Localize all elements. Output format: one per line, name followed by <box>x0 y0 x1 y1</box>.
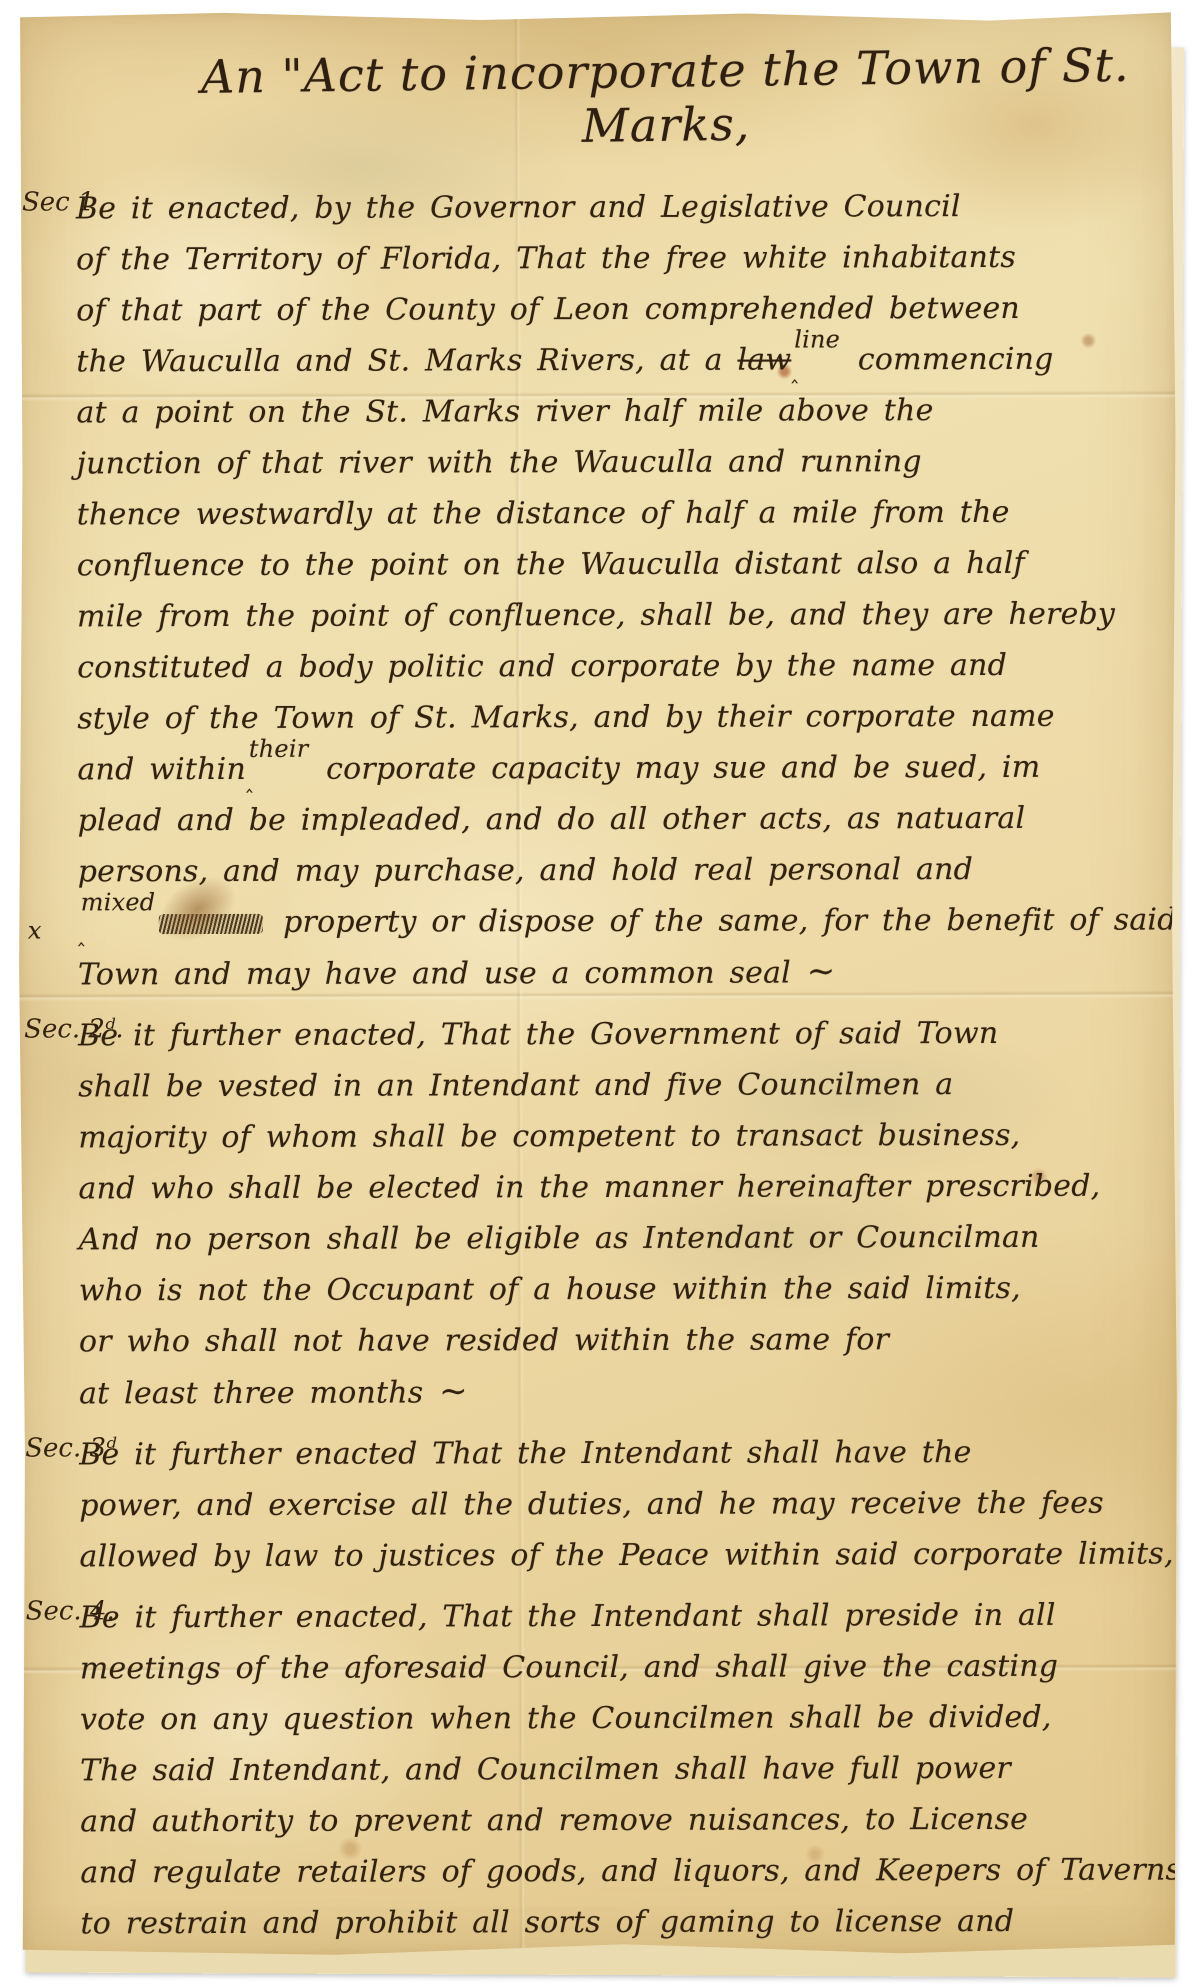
line-text: vote on any question when the Councilmen… <box>80 1700 1052 1738</box>
line-text: The said Intendant, and Councilmen shall… <box>80 1751 1011 1788</box>
line-text: commencing <box>843 342 1054 378</box>
manuscript-line: xmixed‸ property or dispose of the same,… <box>78 895 1150 949</box>
line-text: power, and exercise all the duties, and … <box>79 1486 1104 1524</box>
line-text: at a point on the St. Marks river half m… <box>76 393 933 430</box>
interlinear-insertion: line‸ <box>791 334 843 385</box>
manuscript-line: and withintheir‸ corporate capacity may … <box>77 742 1149 796</box>
manuscript-page: An "Act to incorporate the Town of St. M… <box>15 8 1180 1959</box>
manuscript-line: majority of whom shall be competent to t… <box>78 1110 1150 1164</box>
document-title: An "Act to incorporate the Town of St. M… <box>165 37 1166 158</box>
manuscript-line: Be it further enacted That the Intendant… <box>79 1427 1151 1481</box>
line-text: style of the Town of St. Marks, and by t… <box>77 699 1054 737</box>
line-text: of the Territory of Florida, That the fr… <box>76 240 1016 277</box>
line-text: constituted a body politic and corporate… <box>77 648 1007 685</box>
manuscript-line: or who shall not have resided within the… <box>79 1314 1151 1368</box>
manuscript-section: Sec 1Be it enacted, by the Governor and … <box>76 181 1150 1001</box>
line-text: thence westwardly at the distance of hal… <box>77 495 1010 532</box>
interlinear-insertion: their‸ <box>246 744 312 795</box>
manuscript-line: style of the Town of St. Marks, and by t… <box>77 691 1149 745</box>
line-text: mile from the point of confluence, shall… <box>77 597 1115 635</box>
manuscript-line: the Wauculla and St. Marks Rivers, at a … <box>76 334 1148 388</box>
struck-out-word: law <box>737 342 791 377</box>
document-scan: An "Act to incorporate the Town of St. M… <box>0 0 1200 1988</box>
manuscript-line: mile from the point of confluence, shall… <box>77 589 1149 643</box>
manuscript-line: thence westwardly at the distance of hal… <box>77 487 1149 541</box>
manuscript-line: Be it further enacted, That the Governme… <box>78 1008 1150 1062</box>
manuscript-line: and regulate retailers of goods, and liq… <box>80 1845 1152 1899</box>
line-text: and regulate retailers of goods, and liq… <box>80 1852 1191 1890</box>
manuscript-line: to restrain and prohibit all sorts of ga… <box>80 1896 1152 1950</box>
manuscript-line: and who shall be elected in the manner h… <box>78 1161 1150 1215</box>
manuscript-line: at a point on the St. Marks river half m… <box>76 385 1148 439</box>
line-text: allowed by law to justices of the Peace … <box>79 1536 1173 1574</box>
line-text: at least three months <box>79 1375 423 1411</box>
manuscript-line: Be it enacted, by the Governor and Legis… <box>76 181 1148 235</box>
manuscript-line: at least three months ~ <box>79 1365 1151 1420</box>
line-text: the Wauculla and St. Marks Rivers, at a <box>76 343 737 380</box>
manuscript-line: shall be vested in an Intendant and five… <box>78 1059 1150 1113</box>
line-text: Town and may have and use a common seal <box>78 955 791 992</box>
line-text: persons, and may purchase, and hold real… <box>78 852 973 889</box>
line-text: or who shall not have resided within the… <box>79 1322 889 1359</box>
manuscript-line: junction of that river with the Wauculla… <box>77 436 1149 490</box>
line-text: who is not the Occupant of a house withi… <box>79 1271 1021 1308</box>
line-text: Be it further enacted, That the Intendan… <box>80 1598 1056 1636</box>
line-text: corporate capacity may sue and be sued, … <box>311 750 1040 787</box>
pen-flourish: ~ <box>423 1371 467 1411</box>
manuscript-line: meetings of the aforesaid Council, and s… <box>80 1641 1152 1695</box>
interlinear-insertion: mixed‸ <box>78 897 159 948</box>
line-text: And no person shall be eligible as Inten… <box>79 1220 1040 1258</box>
manuscript-line: Town and may have and use a common seal … <box>78 946 1150 1001</box>
manuscript-line: vote on any question when the Councilmen… <box>80 1692 1152 1746</box>
manuscript-section: Sec. 2ᵈ.Be it further enacted, That the … <box>78 1008 1151 1420</box>
line-text: property or dispose of the same, for the… <box>268 902 1176 939</box>
manuscript-line: power, and exercise all the duties, and … <box>79 1478 1151 1532</box>
line-text: of that part of the County of Leon compr… <box>76 291 1020 328</box>
manuscript-line: who is not the Occupant of a house withi… <box>79 1263 1151 1317</box>
manuscript-line: allowed by law to justices of the Peace … <box>79 1529 1151 1583</box>
line-text: and who shall be elected in the manner h… <box>78 1169 1100 1207</box>
manuscript-line: plead and be impleaded, and do all other… <box>78 793 1150 847</box>
pen-flourish: ~ <box>791 951 835 991</box>
manuscript-line: And no person shall be eligible as Inten… <box>79 1212 1151 1266</box>
manuscript-line: and authority to prevent and remove nuis… <box>80 1794 1152 1848</box>
line-text: to restrain and prohibit all sorts of ga… <box>80 1904 1014 1941</box>
margin-mark: x <box>28 905 42 956</box>
manuscript-line: Be it further enacted, That the Intendan… <box>80 1590 1152 1644</box>
manuscript-section: Sec. 4.Be it further enacted, That the I… <box>80 1590 1153 1950</box>
line-text: and within <box>77 752 246 787</box>
line-text: Be it further enacted That the Intendant… <box>79 1435 971 1472</box>
document-body: Sec 1Be it enacted, by the Governor and … <box>16 168 1181 1949</box>
line-text: majority of whom shall be competent to t… <box>78 1118 1020 1155</box>
line-text: Be it enacted, by the Governor and Legis… <box>76 189 961 226</box>
manuscript-line: constituted a body politic and corporate… <box>77 640 1149 694</box>
line-text: and authority to prevent and remove nuis… <box>80 1802 1028 1839</box>
manuscript-line: of that part of the County of Leon compr… <box>76 283 1148 337</box>
line-text: confluence to the point on the Wauculla … <box>77 546 1025 583</box>
manuscript-section: Sec. 3ᵈBe it further enacted That the In… <box>79 1427 1151 1583</box>
manuscript-line: The said Intendant, and Councilmen shall… <box>80 1743 1152 1797</box>
manuscript-line: confluence to the point on the Wauculla … <box>77 538 1149 592</box>
line-text: shall be vested in an Intendant and five… <box>78 1067 953 1104</box>
line-text: Be it further enacted, That the Governme… <box>78 1016 998 1053</box>
manuscript-line: of the Territory of Florida, That the fr… <box>76 232 1148 286</box>
line-text: junction of that river with the Wauculla… <box>77 444 922 481</box>
line-text: meetings of the aforesaid Council, and s… <box>80 1649 1058 1687</box>
manuscript-line: persons, and may purchase, and hold real… <box>78 844 1150 898</box>
inked-out-word <box>158 914 262 934</box>
line-text: plead and be impleaded, and do all other… <box>78 801 1026 838</box>
